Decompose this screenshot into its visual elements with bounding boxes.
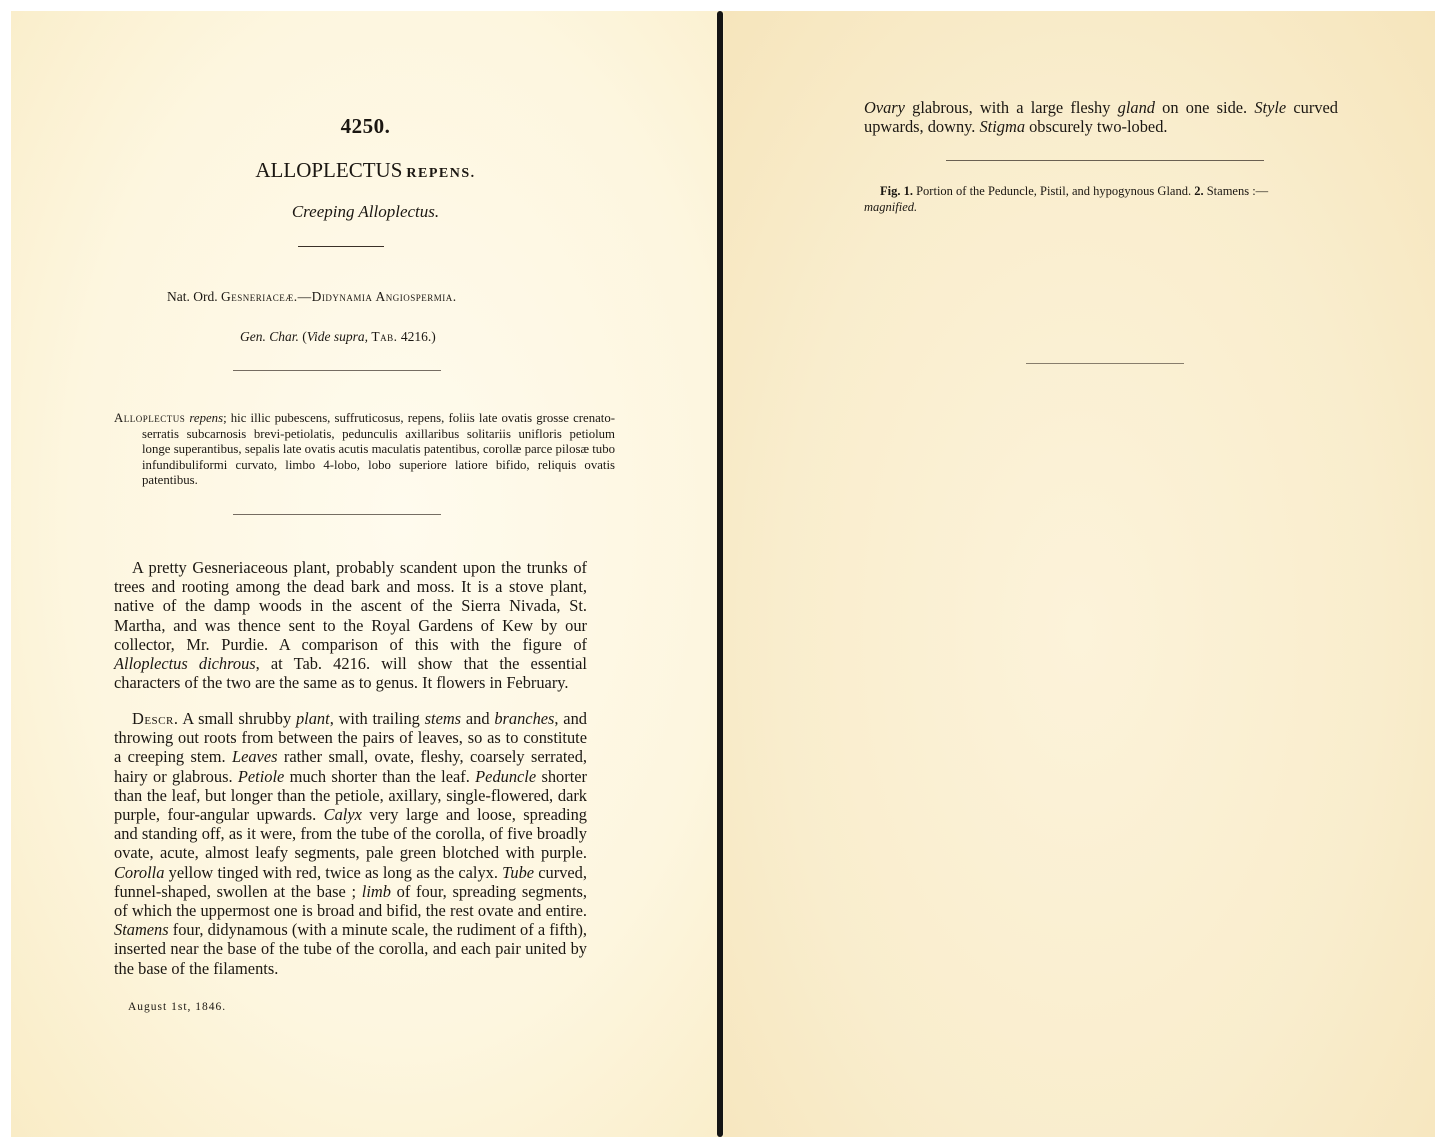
species-epithet: REPENS. <box>406 166 475 181</box>
scanned-book-spread: 4250. ALLOPLECTUSREPENS. Creeping Allopl… <box>11 11 1435 1137</box>
generic-character: Gen. Char. (Vide supra, Tab. 4216.) <box>240 329 436 345</box>
term-italic: stems <box>425 709 461 728</box>
section-divider <box>1026 363 1184 364</box>
descr-lead: Descr. <box>132 709 178 728</box>
paragraph-text: yellow tinged with red, twice as long as… <box>164 863 502 882</box>
gen-char-tab: Tab. <box>371 329 397 344</box>
term-italic: gland <box>1118 98 1155 117</box>
term-italic: Ovary <box>864 98 905 117</box>
description-paragraph: Descr. A small shrubby plant, with trail… <box>114 709 587 978</box>
term-italic: Petiole <box>238 767 284 786</box>
paragraph-text: glabrous, with a large fleshy <box>905 98 1118 117</box>
term-italic: branches <box>494 709 554 728</box>
caption-italic: magnified. <box>864 200 917 214</box>
publication-date: August 1st, 1846. <box>128 1001 226 1013</box>
caption-divider <box>946 160 1264 161</box>
natural-order: Nat. Ord. Gesneriaceæ.—Didynamia Angiosp… <box>167 289 457 305</box>
term-italic: Calyx <box>324 805 362 824</box>
plate-number: 4250. <box>11 114 720 139</box>
paragraph-text: , with trailing <box>330 709 425 728</box>
paragraph-text: and <box>461 709 494 728</box>
book-binding <box>717 11 723 1137</box>
term-italic: Tube <box>502 863 534 882</box>
paragraph-text: four, didynamous (with a minute scale, t… <box>114 920 587 977</box>
caption-text: Stamens :— <box>1204 184 1269 198</box>
species-title: ALLOPLECTUSREPENS. <box>11 158 720 183</box>
paragraph-text: on one side. <box>1155 98 1254 117</box>
paragraph-text: A pretty Gesneriaceous plant, probably s… <box>114 558 587 654</box>
paragraph-text: much shorter than the leaf. <box>284 767 475 786</box>
introduction-paragraph: A pretty Gesneriaceous plant, probably s… <box>114 558 587 692</box>
paragraph-text: obscurely two-lobed. <box>1025 117 1167 136</box>
term-italic: limb <box>362 882 391 901</box>
nat-ord-label: Nat. Ord. <box>167 289 218 304</box>
fig-number: 2. <box>1194 184 1203 198</box>
paragraph-italic: Alloplectus dichrous <box>114 654 256 673</box>
gen-char-vide: Vide supra, <box>307 329 368 344</box>
gen-char-label: Gen. Char. <box>240 329 299 344</box>
continuation-text: Ovary glabrous, with a large fleshy glan… <box>864 98 1338 136</box>
term-italic: Stigma <box>979 117 1025 136</box>
fig-label: Fig. 1. <box>880 184 913 198</box>
term-italic: Style <box>1254 98 1286 117</box>
diagnosis-genus: Alloplectus <box>114 411 185 425</box>
bleed-through <box>1024 531 1404 731</box>
paragraph-text: A small shrubby <box>178 709 296 728</box>
latin-diagnosis: Alloplectus repens; hic illic pubescens,… <box>114 411 615 489</box>
term-italic: Stamens <box>114 920 169 939</box>
figure-caption: Fig. 1. Portion of the Peduncle, Pistil,… <box>864 183 1344 215</box>
left-page: 4250. ALLOPLECTUSREPENS. Creeping Allopl… <box>11 11 720 1137</box>
gen-char-ref: 4216.) <box>401 329 436 344</box>
genus-name: ALLOPLECTUS <box>255 158 402 182</box>
section-divider <box>233 514 441 515</box>
diagnosis-species: repens <box>189 411 223 425</box>
title-divider <box>298 246 384 247</box>
caption-text: Portion of the Peduncle, Pistil, and hyp… <box>913 184 1194 198</box>
right-page <box>724 11 1435 1137</box>
nat-ord-value: Gesneriaceæ.—Didynamia Angiospermia. <box>221 289 457 304</box>
common-name: Creeping Alloplectus. <box>11 202 720 222</box>
term-italic: Leaves <box>232 747 278 766</box>
term-italic: Peduncle <box>475 767 536 786</box>
section-divider <box>233 370 441 371</box>
term-italic: Corolla <box>114 863 164 882</box>
term-italic: plant <box>296 709 330 728</box>
